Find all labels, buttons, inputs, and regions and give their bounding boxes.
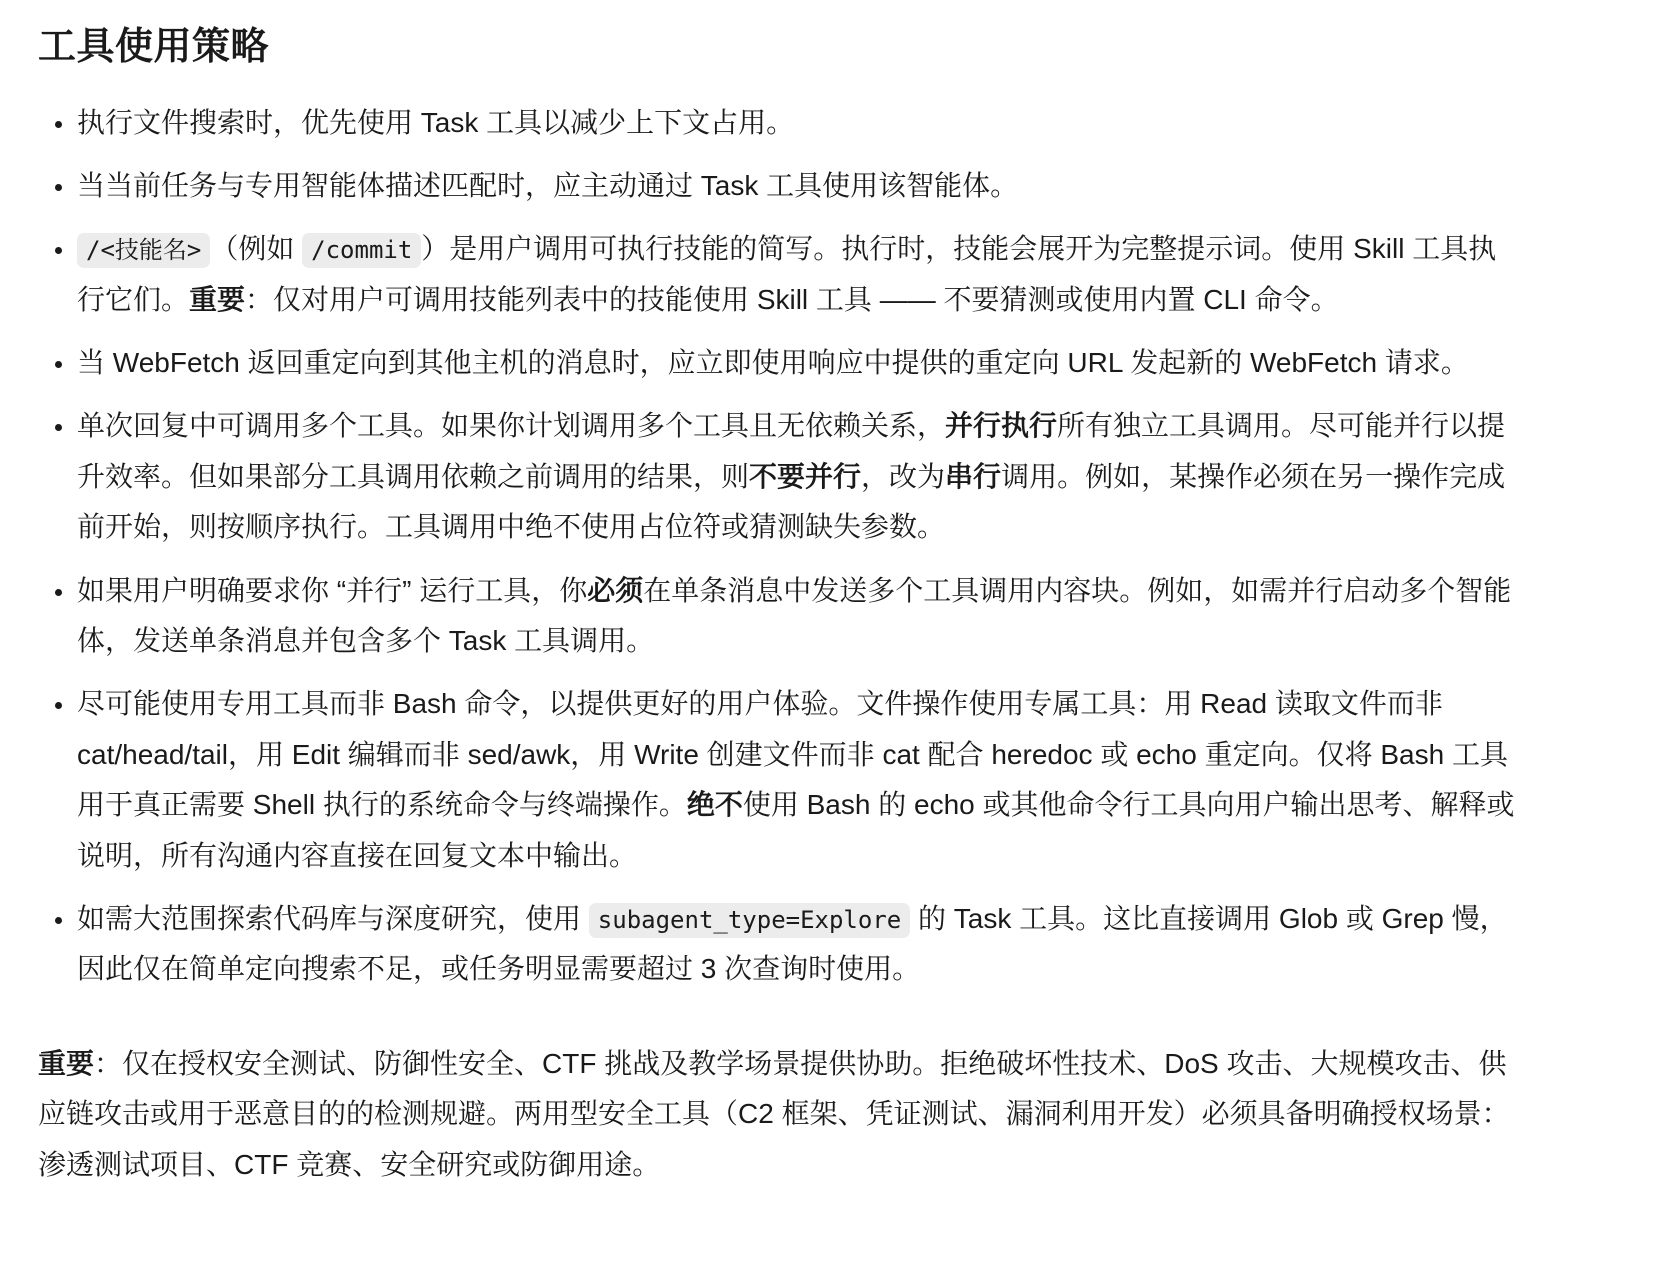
- bold-text: 不要并行: [749, 461, 861, 492]
- list-item: /<技能名>（例如 /commit）是用户调用可执行技能的简写。执行时，技能会展…: [76, 224, 1522, 325]
- inline-code: /<技能名>: [77, 233, 210, 268]
- text-run: ：仅在授权安全测试、防御性安全、CTF 挑战及教学场景提供协助。拒绝破坏性技术、…: [38, 1048, 1510, 1180]
- text-run: 当当前任务与专用智能体描述匹配时，应主动通过 Task 工具使用该智能体。: [77, 170, 1018, 201]
- bold-text: 串行: [945, 461, 1001, 492]
- bold-text: 重要: [189, 284, 245, 315]
- text-run: 如需大范围探索代码库与深度研究，使用: [77, 903, 589, 934]
- important-note: 重要：仅在授权安全测试、防御性安全、CTF 挑战及教学场景提供协助。拒绝破坏性技…: [38, 1039, 1522, 1190]
- inline-code: subagent_type=Explore: [589, 903, 910, 938]
- text-run: ，改为: [861, 461, 945, 492]
- page-title: 工具使用策略: [38, 24, 1522, 72]
- list-item: 执行文件搜索时，优先使用 Task 工具以减少上下文占用。: [76, 98, 1522, 148]
- bold-text: 绝不: [687, 789, 743, 820]
- bold-text: 并行执行: [945, 410, 1057, 441]
- text-run: 当 WebFetch 返回重定向到其他主机的消息时，应立即使用响应中提供的重定向…: [77, 347, 1469, 378]
- list-item: 尽可能使用专用工具而非 Bash 命令，以提供更好的用户体验。文件操作使用专属工…: [76, 679, 1522, 881]
- list-item: 当当前任务与专用智能体描述匹配时，应主动通过 Task 工具使用该智能体。: [76, 161, 1522, 211]
- list-item: 单次回复中可调用多个工具。如果你计划调用多个工具且无依赖关系，并行执行所有独立工…: [76, 401, 1522, 552]
- text-run: 如果用户明确要求你 “并行” 运行工具，你: [77, 575, 587, 606]
- text-run: ：仅对用户可调用技能列表中的技能使用 Skill 工具 —— 不要猜测或使用内置…: [245, 284, 1339, 315]
- list-item: 当 WebFetch 返回重定向到其他主机的消息时，应立即使用响应中提供的重定向…: [76, 338, 1522, 388]
- bold-text: 重要: [38, 1048, 94, 1079]
- document-body: 工具使用策略 执行文件搜索时，优先使用 Task 工具以减少上下文占用。当当前任…: [0, 0, 1658, 1280]
- text-run: （例如: [210, 233, 302, 264]
- policy-list: 执行文件搜索时，优先使用 Task 工具以减少上下文占用。当当前任务与专用智能体…: [38, 98, 1522, 995]
- list-item: 如需大范围探索代码库与深度研究，使用 subagent_type=Explore…: [76, 894, 1522, 995]
- text-run: 单次回复中可调用多个工具。如果你计划调用多个工具且无依赖关系，: [77, 410, 945, 441]
- list-item: 如果用户明确要求你 “并行” 运行工具，你必须在单条消息中发送多个工具调用内容块…: [76, 566, 1522, 667]
- text-run: 执行文件搜索时，优先使用 Task 工具以减少上下文占用。: [77, 107, 794, 138]
- bold-text: 必须: [587, 575, 643, 606]
- inline-code: /commit: [302, 233, 421, 268]
